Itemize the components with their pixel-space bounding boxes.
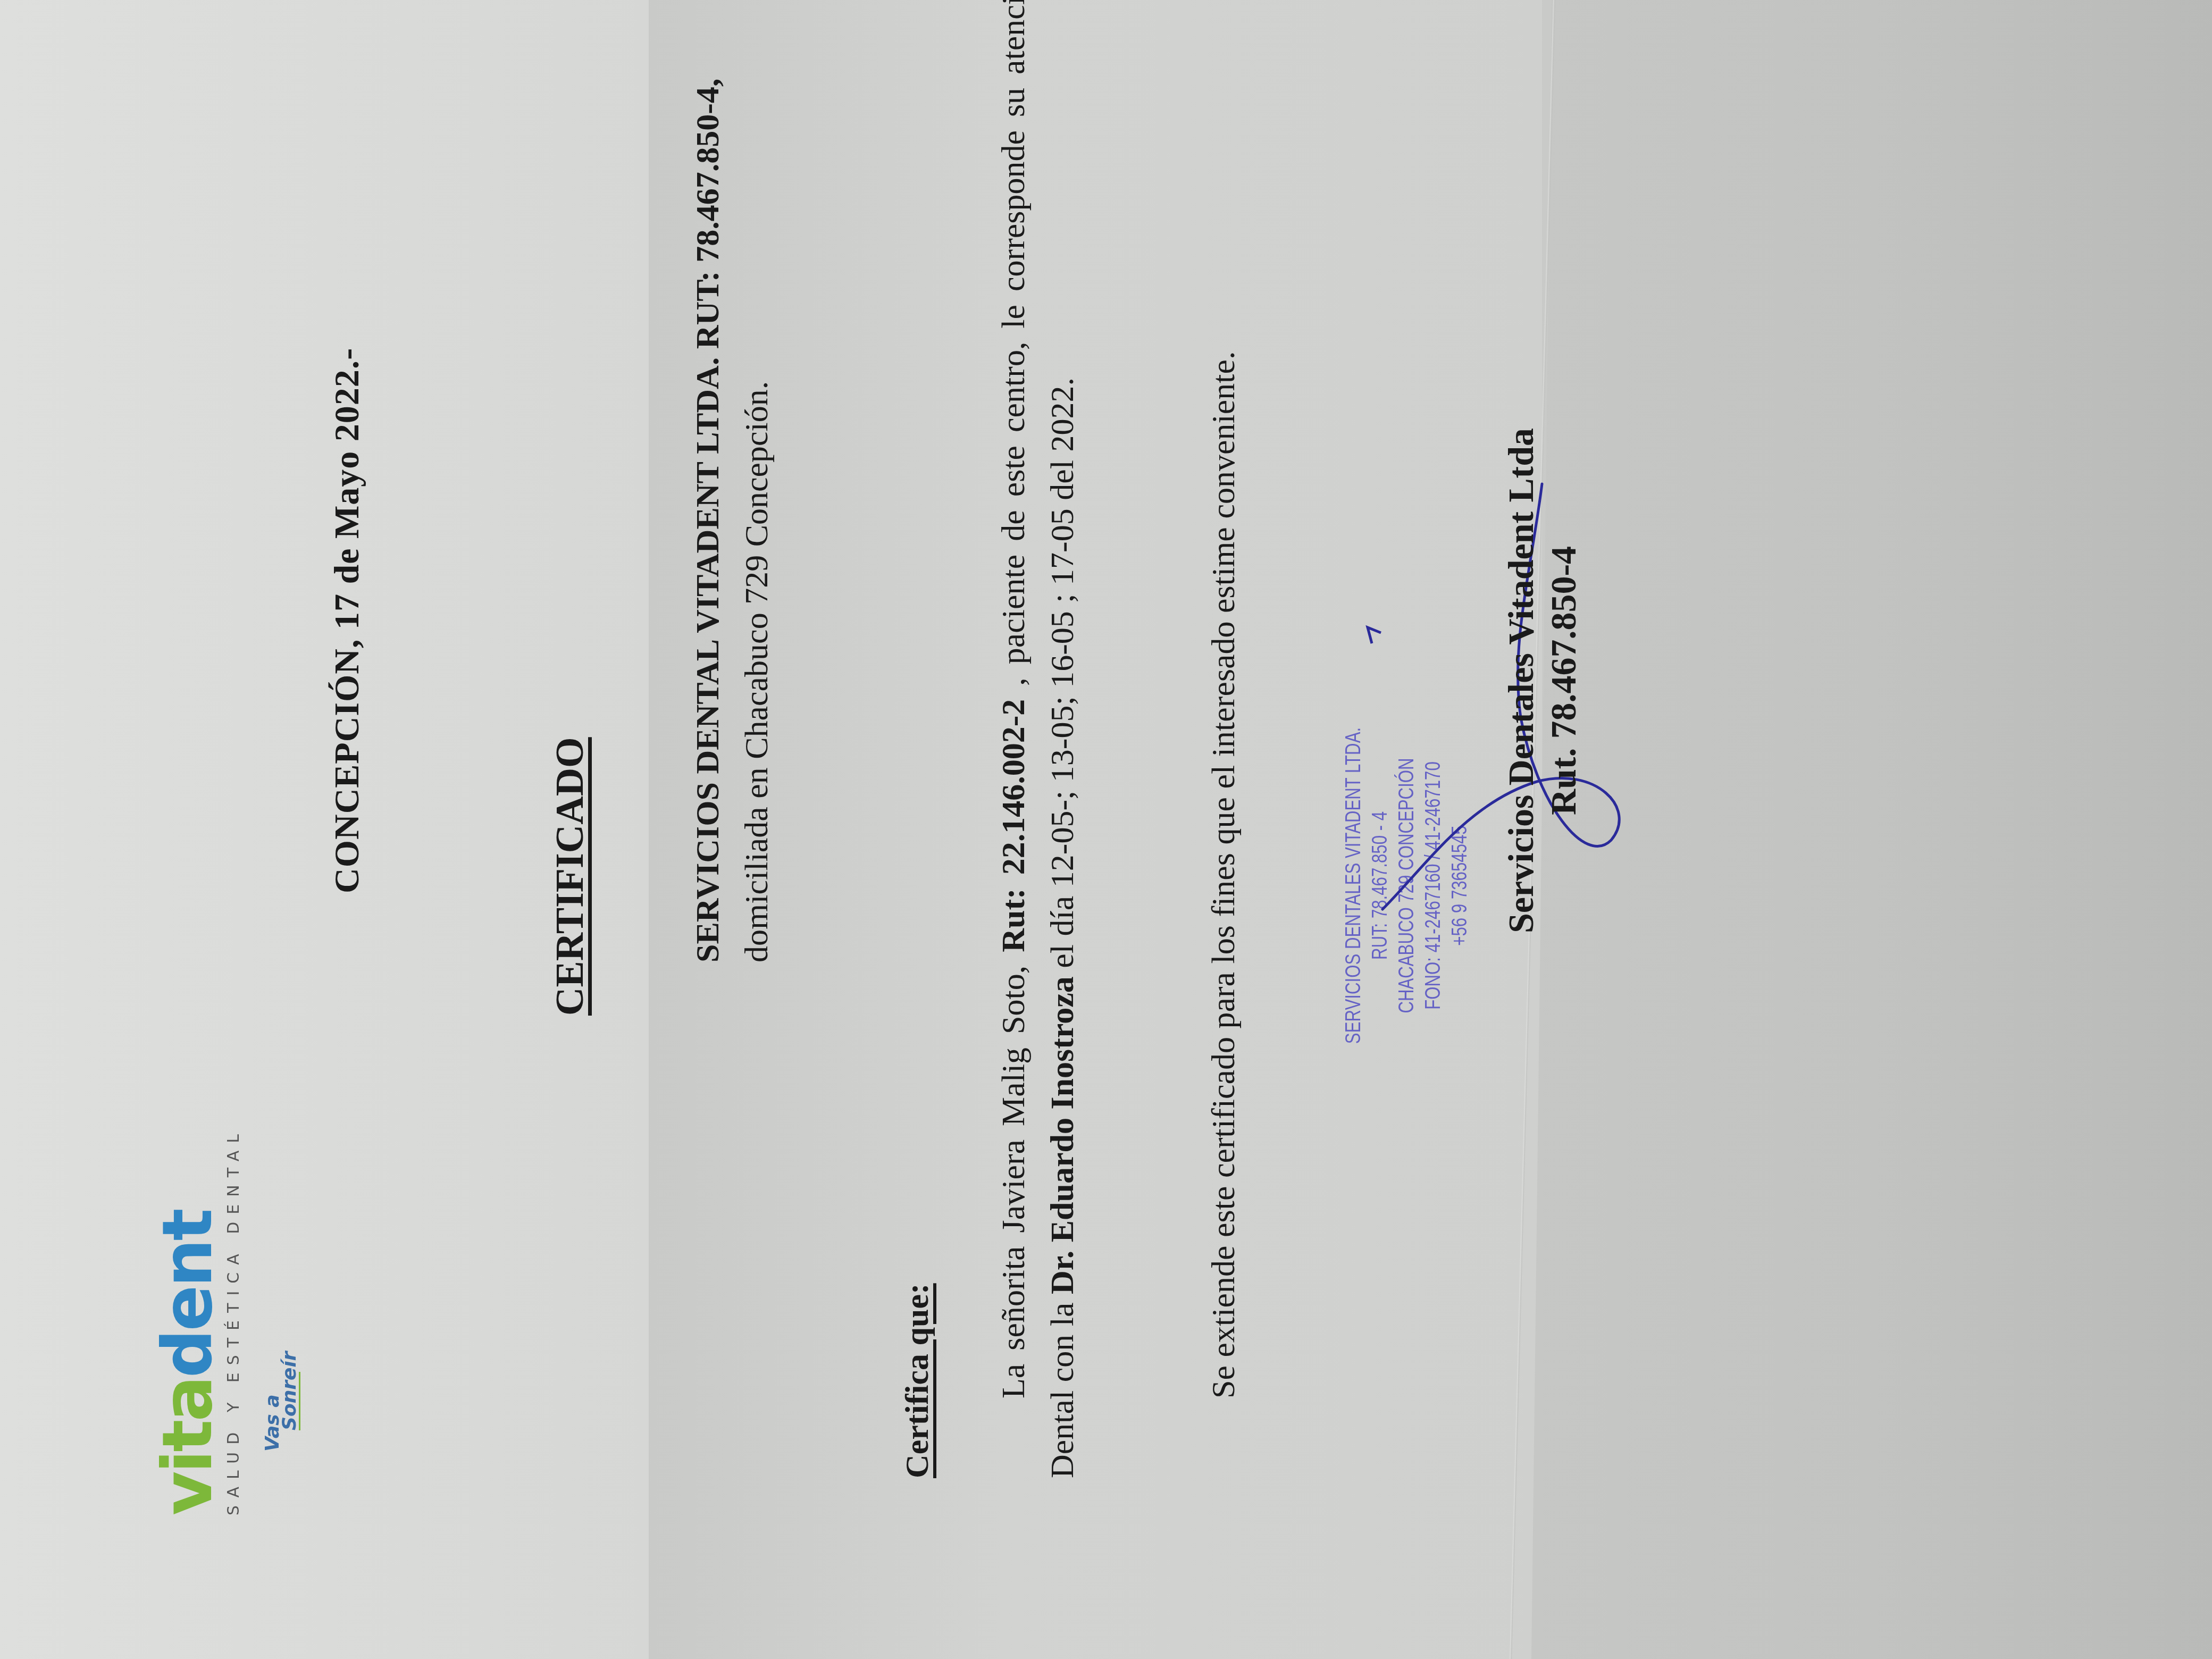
patient-text: La señorita Javiera Malig Soto,: [995, 952, 1032, 1398]
patient-paragraph: La señorita Javiera Malig Soto, Rut: 22.…: [989, 0, 1087, 1478]
logo-subtitle: SALUD Y ESTÉTICA DENTAL: [224, 1127, 243, 1515]
signature-block: Servicios Dentales Vitadent Ltda Rut. 78…: [1499, 388, 1585, 973]
closing-paragraph: Se extiende este certificado para los fi…: [1199, 0, 1248, 1478]
attention-dates: el día 12-05-; 13-05; 16-05 ; 17-05 del …: [1044, 378, 1080, 976]
vitadent-logo: vitadent SALUD Y ESTÉTICA DENTAL Vas a S…: [154, 1127, 300, 1515]
logo-tagline: Vas a Sonreír: [264, 1127, 300, 1452]
doctor-name: Dr. Eduardo Inostroza: [1044, 976, 1080, 1294]
logo-wordmark-blue: dent: [148, 1210, 228, 1378]
signature-company-name: Servicios Dentales Vitadent Ltda: [1499, 388, 1542, 973]
signature-company-rut: Rut. 78.467.850-4: [1542, 388, 1585, 973]
certificate-document: vitadent SALUD Y ESTÉTICA DENTAL Vas a S…: [0, 0, 2212, 1659]
document-title: CERTIFICADO: [548, 737, 593, 1016]
date-line: CONCEPCIÓN, 17 de Mayo 2022.-: [327, 348, 367, 893]
company-line: SERVICIOS DENTAL VITADENT LTDA. RUT: 78.…: [683, 0, 732, 962]
address-line: domiciliada en Chacabuco 729 Concepción.: [732, 0, 781, 962]
intro-paragraph: SERVICIOS DENTAL VITADENT LTDA. RUT: 78.…: [683, 0, 781, 962]
logo-wordmark-green: vita: [148, 1378, 228, 1515]
patient-rut: Rut: 22.146.002-2: [995, 699, 1032, 952]
logo-wordmark: vitadent: [154, 1127, 222, 1515]
tagline-line-2: Sonreír: [281, 1372, 300, 1430]
certifies-heading: Certifica que:: [899, 1283, 936, 1478]
